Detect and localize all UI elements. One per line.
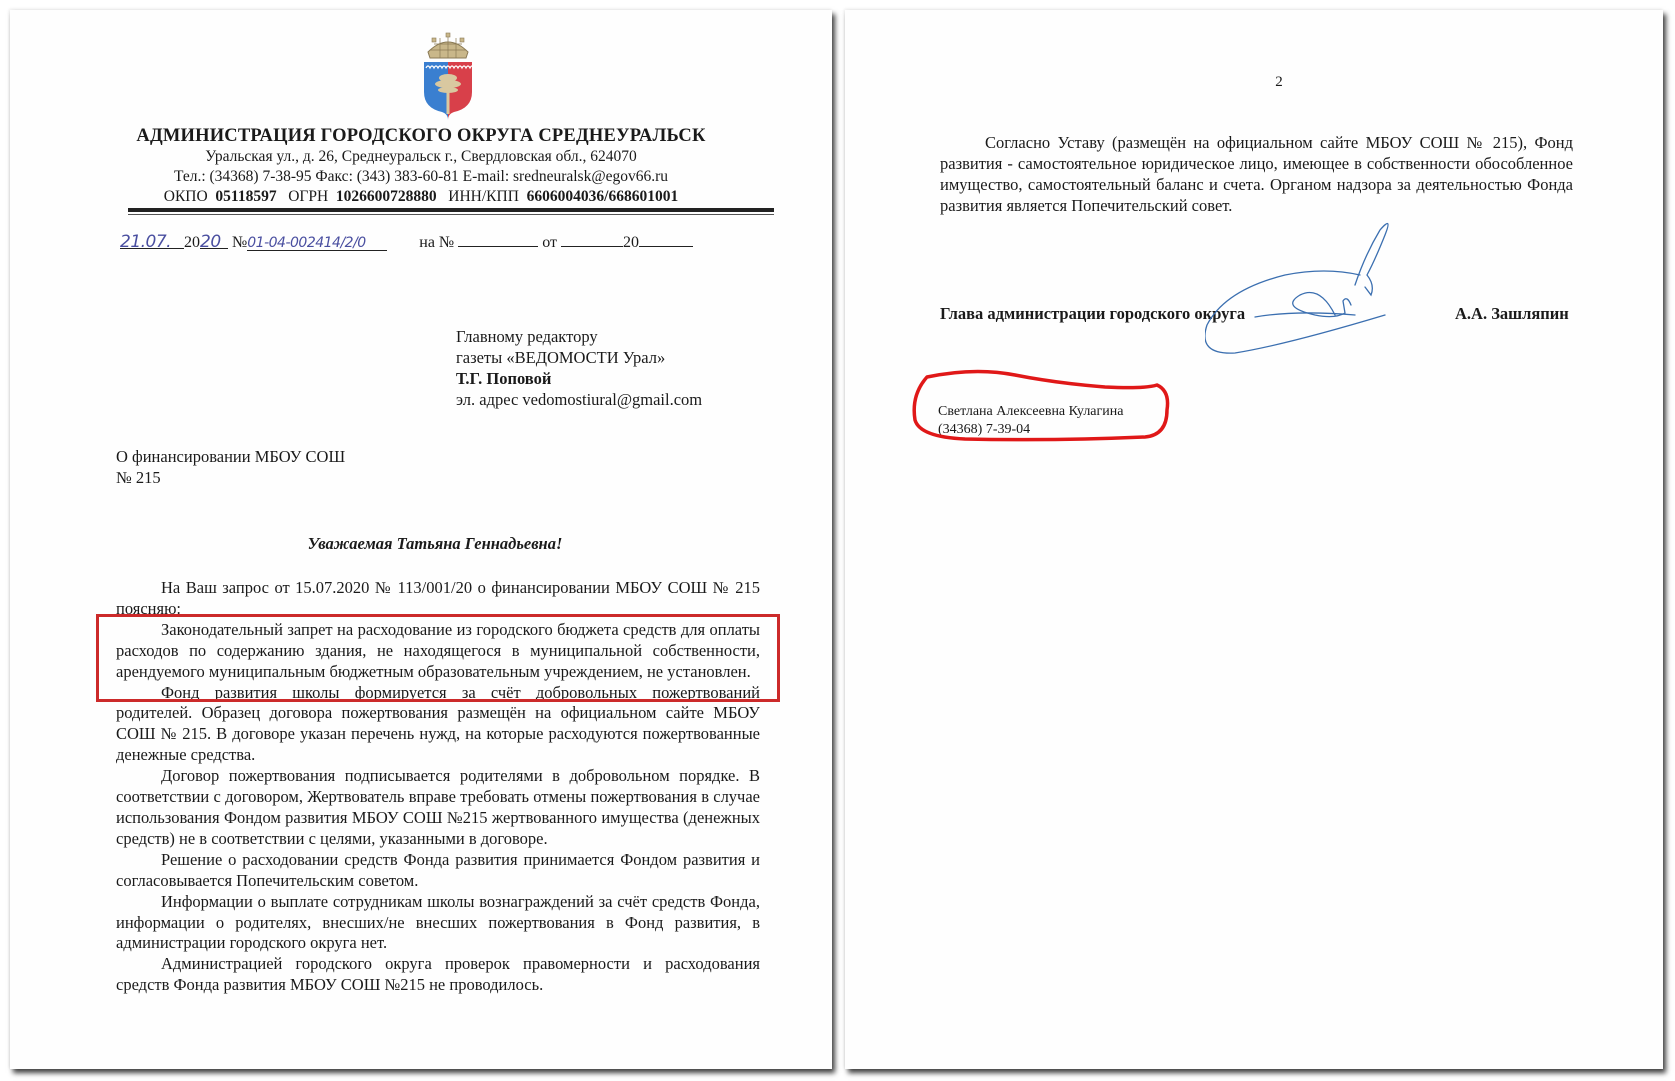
inn-kpp-label: ИНН/КПП bbox=[448, 188, 519, 205]
org-codes: ОКПО 05118597 ОГРН 1026600728880 ИНН/КПП… bbox=[10, 188, 832, 206]
addressee-block: Главному редактору газеты «ВЕДОМОСТИ Ура… bbox=[456, 326, 702, 410]
paragraph-information: Информации о выплате сотрудникам школы в… bbox=[116, 892, 760, 955]
coat-of-arms-icon bbox=[418, 30, 478, 122]
letterhead-divider-thin bbox=[128, 214, 774, 215]
letter-body-continued: Согласно Уставу (размещён на официальном… bbox=[940, 132, 1573, 216]
addressee-position: Главному редактору bbox=[456, 326, 702, 347]
org-name: АДМИНИСТРАЦИЯ ГОРОДСКОГО ОКРУГА СРЕДНЕУР… bbox=[10, 126, 832, 147]
date-handwritten: 21.07. bbox=[120, 232, 171, 252]
letter-page-1: АДМИНИСТРАЦИЯ ГОРОДСКОГО ОКРУГА СРЕДНЕУР… bbox=[10, 10, 832, 1069]
letter-subject: О финансировании МБОУ СОШ № 215 bbox=[116, 446, 345, 488]
addressee-email: эл. адрес vedomostiural@gmail.com bbox=[456, 389, 702, 410]
from-label: от bbox=[542, 234, 557, 251]
reply-to-number-blank bbox=[458, 230, 538, 247]
paragraph-charter: Согласно Уставу (размещён на официальном… bbox=[940, 132, 1573, 216]
year-prefix: 20 bbox=[184, 234, 200, 251]
year-handwritten: 20 bbox=[200, 232, 221, 252]
subject-line-2: № 215 bbox=[116, 467, 345, 488]
year2-blank bbox=[639, 230, 693, 247]
greeting: Уважаемая Татьяна Геннадьевна! bbox=[10, 534, 832, 554]
org-contacts: Тел.: (34368) 7-38-95 Факс: (343) 383-60… bbox=[10, 168, 832, 186]
ogrn-value: 1026600728880 bbox=[336, 188, 437, 205]
reply-to-label: на № bbox=[419, 234, 454, 251]
number-handwritten: 01-04-002414/2/0 bbox=[247, 235, 365, 251]
ogrn-label: ОГРН bbox=[288, 188, 328, 205]
signer-title: Глава администрации городского округа bbox=[940, 304, 1245, 324]
signer-name: А.А. Зашляпин bbox=[1455, 304, 1569, 324]
highlight-oval bbox=[905, 365, 1185, 450]
subject-line-1: О финансировании МБОУ СОШ bbox=[116, 446, 345, 467]
letterhead-divider bbox=[128, 208, 774, 212]
year2-prefix: 20 bbox=[623, 234, 639, 251]
addressee-name: Т.Г. Поповой bbox=[456, 368, 702, 389]
addressee-newspaper: газеты «ВЕДОМОСТИ Урал» bbox=[456, 347, 702, 368]
reference-line: 21.07.2020 №01-04-002414/2/0 на № от 20 bbox=[120, 230, 693, 252]
from-date-blank bbox=[561, 230, 623, 247]
letter-page-2: 2 Согласно Уставу (размещён на официальн… bbox=[845, 10, 1663, 1069]
okpo-value: 05118597 bbox=[215, 188, 276, 205]
page-number: 2 bbox=[845, 74, 1663, 91]
handwritten-signature-icon bbox=[1205, 215, 1435, 375]
highlight-rectangle bbox=[96, 614, 780, 702]
number-label: № bbox=[232, 234, 247, 251]
org-address: Уральская ул., д. 26, Среднеуральск г., … bbox=[10, 148, 832, 166]
paragraph-inspections: Администрацией городского округа проверо… bbox=[116, 954, 760, 996]
paragraph-decision: Решение о расходовании средств Фонда раз… bbox=[116, 850, 760, 892]
okpo-label: ОКПО bbox=[164, 188, 208, 205]
inn-kpp-value: 6606004036/668601001 bbox=[527, 188, 679, 205]
paragraph-contract: Договор пожертвования подписывается роди… bbox=[116, 766, 760, 850]
